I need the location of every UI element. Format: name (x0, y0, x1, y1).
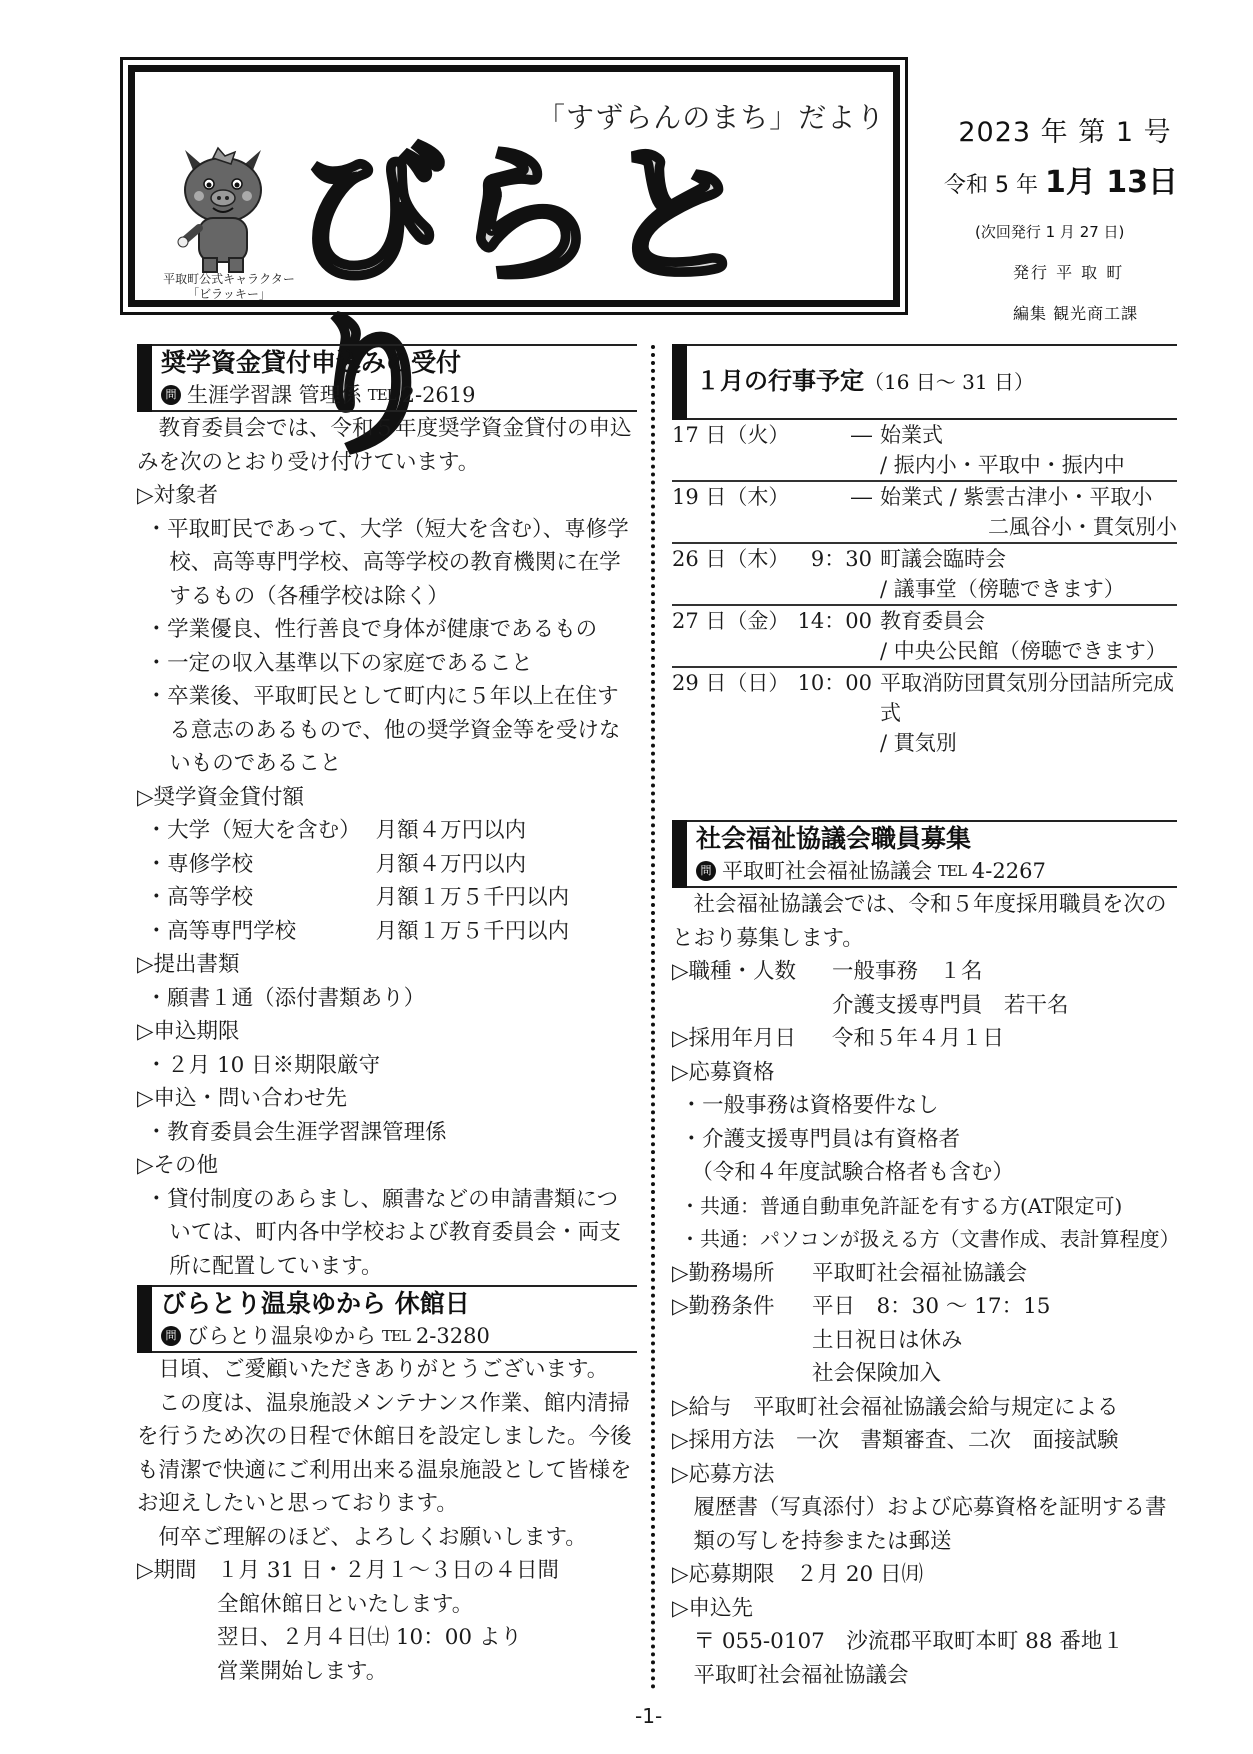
cond-values: 平日 8：30 ～ 17：15 土日祝日は休み 社会保険加入 (812, 1290, 1177, 1391)
amount-value: 月額４万円以内 (376, 848, 637, 882)
onsen-para: 日頃、ご愛顧いただきありがとうございます。 (137, 1353, 637, 1387)
hire-label: ▷採用年月日 (672, 1022, 832, 1056)
amount-value: 月額４万円以内 (376, 814, 637, 848)
cond-row: ▷勤務条件 平日 8：30 ～ 17：15 土日祝日は休み 社会保険加入 (672, 1290, 1177, 1391)
contact-tel: 2-2619 (402, 380, 476, 410)
qual-item: （令和４年度試験合格者も含む） (672, 1156, 1177, 1190)
deadline-item: ・２月 10 日※期限厳守 (137, 1049, 637, 1083)
mascot-caption-line2: 「ビラッキー」 (149, 287, 309, 302)
event-time: 9：30 (792, 543, 880, 605)
event-name: 始業式 (880, 420, 1177, 450)
job-row: ▷職種・人数 一般事務 １名 介護支援専門員 若干名 (672, 955, 1177, 1022)
masthead: 「すずらんのまち」だより 平取町公式キャラクター 「ビラッキー」 (120, 57, 908, 315)
event-place: / 中央公民館（傍聴できます） (880, 636, 1177, 666)
event-time: 10：00 (792, 667, 880, 758)
docs-heading: ▷提出書類 (137, 948, 637, 982)
event-date: 29 日（日） (672, 667, 792, 758)
inquiry-icon: 問 (161, 385, 181, 405)
qual-item: ・共通：普通自動車免許証を有する方(AT限定可) (672, 1190, 1177, 1224)
period-lines: １月 31 日・２月１～３日の４日間 全館休館日といたします。 翌日、２月４日㈯… (217, 1554, 637, 1688)
onsen-para: 何卒ご理解のほど、よろしくお願いします。 (137, 1521, 637, 1555)
event-place: 二風谷小・貫気別小 (880, 512, 1177, 542)
contact-tel: 2-3280 (416, 1321, 490, 1351)
amount-value: 月額１万５千円以内 (376, 915, 637, 949)
onsen-section: びらとり温泉ゆから 休館日 問 びらとり温泉ゆから TEL 2-3280 日頃、… (137, 1285, 637, 1688)
deadline-heading: ▷申込期限 (137, 1015, 637, 1049)
masthead-frame: 「すずらんのまち」だより 平取町公式キャラクター 「ビラッキー」 (128, 65, 900, 307)
tel-icon: TEL (368, 380, 396, 410)
section-contact: 問 平取町社会福祉協議会 TEL 4-2267 (696, 856, 1177, 886)
page-number: -1- (635, 1704, 662, 1728)
mascot-caption-line1: 平取町公式キャラクター (149, 272, 309, 287)
amount-row: ・大学（短大を含む） 月額４万円以内 (137, 814, 637, 848)
section-title: １月の行事予定（16 日～ 31 日） (696, 346, 1177, 417)
amount-school: ・高等学校 (137, 881, 376, 915)
table-row: 29 日（日） 10：00 平取消防団貫気別分団詰所完成式/ 貫気別 (672, 667, 1177, 758)
place-value: 平取町社会福祉協議会 (812, 1257, 1177, 1291)
dest-address: 〒 055-0107 沙流郡平取町本町 88 番地１ (672, 1625, 1177, 1659)
section-contact: 問 生涯学習課 管理係 TEL 2-2619 (161, 380, 637, 410)
cond-line: 土日祝日は休み (812, 1324, 1177, 1358)
qual-item: ・介護支援専門員は有資格者 (672, 1123, 1177, 1157)
period-line: １月 31 日・２月１～３日の４日間 (217, 1554, 637, 1588)
event-date: 27 日（金） (672, 605, 792, 667)
mascot-caption: 平取町公式キャラクター 「ビラッキー」 (149, 272, 309, 302)
inquiry-icon: 問 (161, 1326, 181, 1346)
issue-date: 令和 5 年 1月 13日 (944, 157, 1180, 201)
onsen-para: この度は、温泉施設メンテナンス作業、館内清掃を行うため次の日程で休館日を設定しま… (137, 1387, 637, 1521)
contact-dept: 平取町社会福祉協議会 (722, 856, 932, 886)
qual-heading: ▷応募資格 (672, 1056, 1177, 1090)
inquiry-item: ・教育委員会生涯学習課管理係 (137, 1116, 637, 1150)
section-header: 奨学資金貸付申込みの受付 問 生涯学習課 管理係 TEL 2-2619 (137, 344, 637, 412)
event-place: / 振内小・平取中・振内中 (880, 450, 1177, 480)
period-line: 翌日、２月４日㈯ 10：00 より (217, 1621, 637, 1655)
right-column: １月の行事予定（16 日～ 31 日） 17 日（火） ― 始業式/ 振内小・平… (672, 344, 1177, 1692)
column-divider (651, 345, 655, 1690)
event-name: 平取消防団貫気別分団詰所完成式 (880, 668, 1177, 728)
place-label: ▷勤務場所 (672, 1257, 812, 1291)
schedule-title: １月の行事予定 (696, 367, 864, 395)
other-item: ・貸付制度のあらまし、願書などの申請書類については、町内各中学校および教育委員会… (137, 1183, 637, 1284)
amount-school: ・高等専門学校 (137, 915, 376, 949)
target-item: ・一定の収入基準以下の家庭であること (137, 647, 637, 681)
event-name: 教育委員会 (880, 606, 1177, 636)
next-issue: (次回発行 1 月 27 日) (975, 221, 1180, 242)
table-row: 26 日（木） 9：30 町議会臨時会/ 議事堂（傍聴できます） (672, 543, 1177, 605)
cond-label: ▷勤務条件 (672, 1290, 812, 1391)
salary: ▷給与 平取町社会福祉協議会給与規定による (672, 1391, 1177, 1425)
method: ▷採用方法 一次 書類審査、二次 面接試験 (672, 1424, 1177, 1458)
intro-text: 社会福祉協議会では、令和５年度採用職員を次のとおり募集します。 (672, 888, 1177, 955)
target-item: ・卒業後、平取町民として町内に５年以上在住する意志のあるもので、他の奨学資金等を… (137, 680, 637, 781)
contact-dept: 生涯学習課 管理係 (187, 380, 362, 410)
event-date: 19 日（木） (672, 481, 792, 543)
job-line: 一般事務 １名 (832, 955, 1177, 989)
tel-icon: TEL (938, 856, 966, 886)
mascot-boar-icon (163, 140, 283, 275)
editor: 編集 観光商工課 (1013, 301, 1180, 324)
event-place: / 議事堂（傍聴できます） (880, 574, 1177, 604)
target-item: ・平取町民であって、大学（短大を含む）、専修学校、高等専門学校、高等学校の教育機… (137, 513, 637, 614)
amount-school: ・専修学校 (137, 848, 376, 882)
table-row: 17 日（火） ― 始業式/ 振内小・平取中・振内中 (672, 420, 1177, 481)
place-row: ▷勤務場所 平取町社会福祉協議会 (672, 1257, 1177, 1291)
publisher: 発行 平 取 町 (1013, 260, 1180, 283)
period-line: 全館休館日といたします。 (217, 1588, 637, 1622)
schedule-table: 17 日（火） ― 始業式/ 振内小・平取中・振内中 19 日（木） ― 始業式… (672, 420, 1177, 758)
contact-tel: 4-2267 (972, 856, 1046, 886)
welfare-section: 社会福祉協議会職員募集 問 平取町社会福祉協議会 TEL 4-2267 社会福祉… (672, 820, 1177, 1692)
target-heading: ▷対象者 (137, 479, 637, 513)
period-row: ▷期間 １月 31 日・２月１～３日の４日間 全館休館日といたします。 翌日、２… (137, 1554, 637, 1688)
section-contact: 問 びらとり温泉ゆから TEL 2-3280 (161, 1321, 637, 1351)
target-item: ・学業優良、性行善良で身体が健康であるもの (137, 613, 637, 647)
job-values: 一般事務 １名 介護支援専門員 若干名 (832, 955, 1177, 1022)
schedule-range: （16 日～ 31 日） (864, 370, 1034, 394)
section-header: １月の行事予定（16 日～ 31 日） (672, 344, 1177, 420)
hire-value: 令和５年４月１日 (832, 1022, 1177, 1056)
amount-heading: ▷奨学資金貸付額 (137, 781, 637, 815)
other-heading: ▷その他 (137, 1149, 637, 1183)
amount-school: ・大学（短大を含む） (137, 814, 376, 848)
section-title: 奨学資金貸付申込みの受付 (161, 346, 637, 380)
hire-row: ▷採用年月日 令和５年４月１日 (672, 1022, 1177, 1056)
event-date: 17 日（火） (672, 420, 792, 481)
table-row: 19 日（木） ― 始業式 / 紫雲古津小・平取小二風谷小・貫気別小 (672, 481, 1177, 543)
left-column: 奨学資金貸付申込みの受付 問 生涯学習課 管理係 TEL 2-2619 教育委員… (137, 344, 637, 1688)
issue-day: 1月 13日 (1045, 165, 1178, 200)
dest-name: 平取町社会福祉協議会 (672, 1659, 1177, 1693)
inquiry-heading: ▷申込・問い合わせ先 (137, 1082, 637, 1116)
event-time: 14：00 (792, 605, 880, 667)
inquiry-icon: 問 (696, 861, 716, 881)
docs-item: ・願書１通（添付書類あり） (137, 982, 637, 1016)
apply-deadline: ▷応募期限 ２月 20 日㈪ (672, 1558, 1177, 1592)
qual-item: ・一般事務は資格要件なし (672, 1089, 1177, 1123)
period-line: 営業開始します。 (217, 1655, 637, 1689)
amount-row: ・専修学校 月額４万円以内 (137, 848, 637, 882)
issue-number: 2023 年 第 1 号 (950, 110, 1180, 149)
event-time: ― (792, 481, 880, 543)
event-date: 26 日（木） (672, 543, 792, 605)
cond-line: 社会保険加入 (812, 1357, 1177, 1391)
scholarship-section: 奨学資金貸付申込みの受付 問 生涯学習課 管理係 TEL 2-2619 教育委員… (137, 344, 637, 1283)
section-header: びらとり温泉ゆから 休館日 問 びらとり温泉ゆから TEL 2-3280 (137, 1285, 637, 1353)
event-name: 町議会臨時会 (880, 544, 1177, 574)
job-line: 介護支援専門員 若干名 (832, 989, 1177, 1023)
job-label: ▷職種・人数 (672, 955, 832, 1022)
tel-icon: TEL (382, 1321, 410, 1351)
contact-dept: びらとり温泉ゆから (187, 1321, 376, 1351)
intro-text: 教育委員会では、令和５年度奨学資金貸付の申込みを次のとおり受け付けています。 (137, 412, 637, 479)
cond-line: 平日 8：30 ～ 17：15 (812, 1290, 1177, 1324)
section-title: 社会福祉協議会職員募集 (696, 822, 1177, 856)
section-header: 社会福祉協議会職員募集 問 平取町社会福祉協議会 TEL 4-2267 (672, 820, 1177, 888)
event-place: / 貫気別 (880, 728, 1177, 758)
apply-text: 履歴書（写真添付）および応募資格を証明する書類の写しを持参または郵送 (672, 1491, 1177, 1558)
event-time: ― (792, 420, 880, 481)
apply-heading: ▷応募方法 (672, 1458, 1177, 1492)
qual-item: ・共通：パソコンが扱える方（文書作成、表計算程度） (672, 1223, 1177, 1257)
amount-value: 月額１万５千円以内 (376, 881, 637, 915)
section-title: びらとり温泉ゆから 休館日 (161, 1287, 637, 1321)
schedule-section: １月の行事予定（16 日～ 31 日） 17 日（火） ― 始業式/ 振内小・平… (672, 344, 1177, 758)
amount-row: ・高等専門学校 月額１万５千円以内 (137, 915, 637, 949)
event-name: 始業式 / 紫雲古津小・平取小 (880, 482, 1177, 512)
amount-row: ・高等学校 月額１万５千円以内 (137, 881, 637, 915)
period-label: ▷期間 (137, 1554, 217, 1688)
table-row: 27 日（金） 14：00 教育委員会/ 中央公民館（傍聴できます） (672, 605, 1177, 667)
dest-heading: ▷申込先 (672, 1592, 1177, 1626)
issue-info: 2023 年 第 1 号 令和 5 年 1月 13日 (次回発行 1 月 27 … (930, 110, 1180, 324)
issue-era: 令和 5 年 (944, 173, 1038, 198)
